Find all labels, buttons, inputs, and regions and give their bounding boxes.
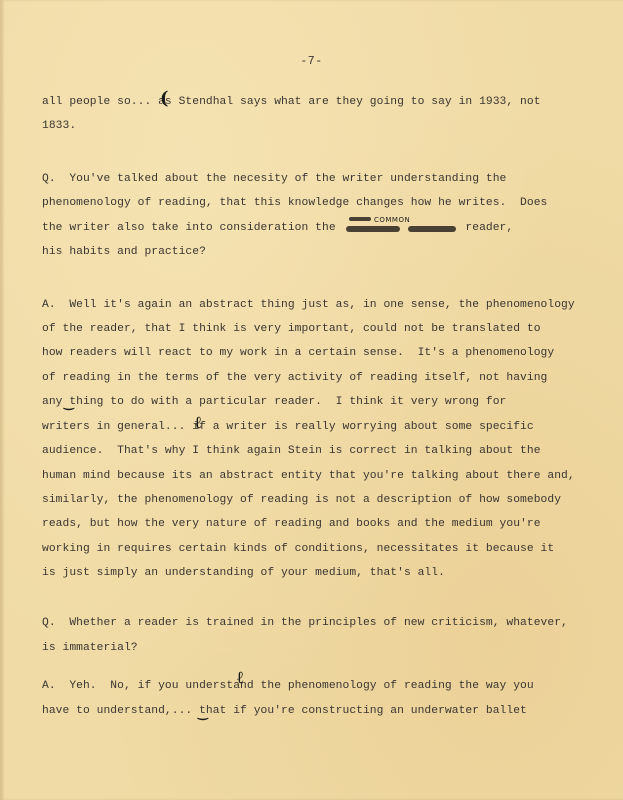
- text-line: reads, but how the very nature of readin…: [42, 518, 541, 530]
- text-line: working in requires certain kinds of con…: [42, 543, 554, 555]
- text-line: is just simply an understanding of your …: [42, 567, 445, 579]
- proofread-mark: ℓ: [195, 413, 201, 433]
- question-line: Q. You've talked about the necesity of t…: [42, 173, 506, 185]
- text-line: similarly, the phenomenology of reading …: [42, 494, 561, 506]
- proofread-mark: ℓ: [237, 668, 243, 688]
- text-line: all people so... as Stendhal says what a…: [42, 96, 541, 108]
- text-line: have to understand,... that if you're co…: [42, 705, 527, 717]
- text-line: 1833.: [42, 120, 76, 132]
- answer-line: A. Yeh. No, if you understand the phenom…: [42, 680, 534, 692]
- question-line: Q. Whether a reader is trained in the pr…: [42, 617, 568, 629]
- text-line: human mind because its an abstract entit…: [42, 470, 575, 482]
- typewritten-page: -7- all people so... as Stendhal says wh…: [0, 0, 623, 800]
- text-line: his habits and practice?: [42, 246, 206, 258]
- text-line: of reading in the terms of the very acti…: [42, 372, 547, 384]
- text-line: of the reader, that I think is very impo…: [42, 323, 541, 335]
- text-line: writers in general... if a writer is rea…: [42, 421, 534, 433]
- answer-line: A. Well it's again an abstract thing jus…: [42, 299, 575, 311]
- text-line: audience. That's why I think again Stein…: [42, 445, 541, 457]
- join-mark: ‿: [198, 706, 208, 720]
- scribbled-out-word: [346, 226, 400, 232]
- text-line: is immaterial?: [42, 642, 138, 654]
- join-mark: ‿: [64, 396, 74, 410]
- text-line: any thing to do with a particular reader…: [42, 396, 506, 408]
- page-number: -7-: [0, 55, 623, 68]
- text-line: how readers will react to my work in a c…: [42, 347, 554, 359]
- scribbled-out-word: [408, 226, 456, 232]
- scribbled-out-word: [349, 217, 371, 221]
- proofread-mark: (: [160, 88, 169, 109]
- text-line: phenomenology of reading, that this know…: [42, 197, 547, 209]
